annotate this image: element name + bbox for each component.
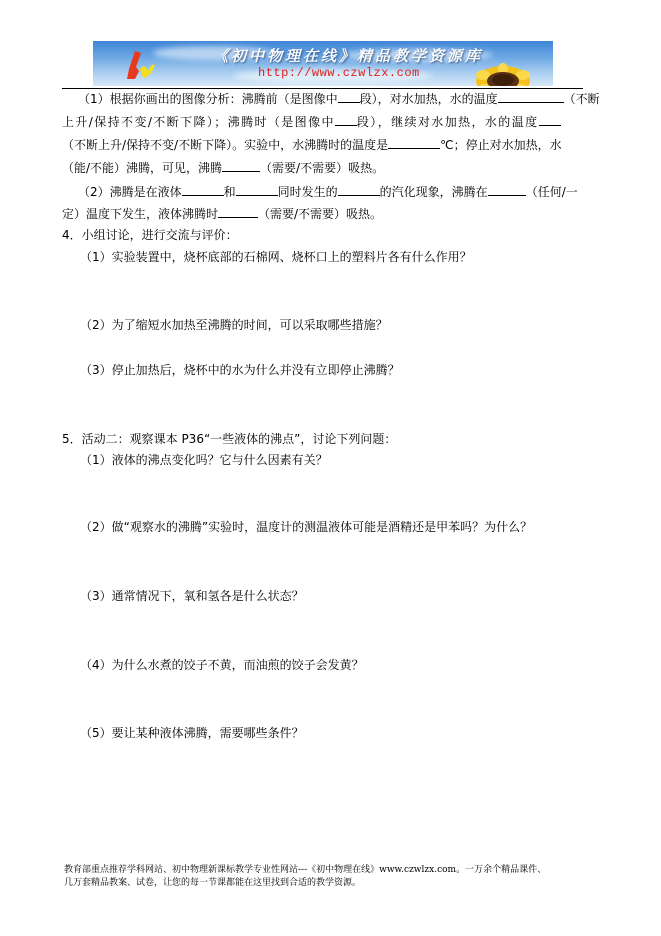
answer-blank[interactable] (222, 159, 260, 172)
section5-title: 5．活动二：观察课本 P36“一些液体的沸点”，讨论下列问题： (62, 431, 396, 447)
section5-question-1: （1）液体的沸点变化吗？它与什么因素有关？ (80, 452, 328, 468)
answer-blank[interactable] (338, 183, 380, 196)
text: （需要/不需要）吸热。 (258, 207, 382, 221)
answer-blank[interactable] (498, 90, 564, 103)
answer-blank[interactable] (539, 113, 561, 126)
footer-line-2: 几万套精品教案、试卷，让您的每一节课都能在这里找到合适的教学资源。 (64, 877, 361, 889)
sunflower-icon (473, 61, 533, 86)
text: ℃；停止对水加热，水 (440, 138, 561, 152)
banner-url: http://www.czwlzx.com (258, 66, 420, 80)
text: 段），对水加热，水的温度 (360, 92, 498, 106)
text: 上升/保持不变/不断下降）；沸腾时（是图像中 (62, 115, 335, 129)
header-rule (62, 88, 583, 89)
answer-blank[interactable] (388, 136, 440, 149)
text: （不断 (564, 92, 600, 106)
answer-blank[interactable] (218, 205, 258, 218)
section4-question-1: （1）实验装置中，烧杯底部的石棉网、烧杯口上的塑料片各有什么作用？ (80, 249, 472, 265)
text: 段），继续对水加热，水的温度 (357, 115, 539, 129)
q1-line-4: （能/不能）沸腾，可见，沸腾（需要/不需要）吸热。 (62, 159, 384, 176)
text: 同时发生的 (278, 185, 338, 199)
text: 定）温度下发生，液体沸腾时 (62, 207, 218, 221)
text: （需要/不需要）吸热。 (260, 161, 384, 175)
section4-question-3: （3）停止加热后，烧杯中的水为什么并没有立即停止沸腾？ (80, 362, 400, 378)
text: （2）沸腾是在液体 (78, 185, 182, 199)
header-banner: 《初中物理在线》精品教学资源库 http://www.czwlzx.com (93, 41, 553, 86)
section4-title: 4．小组讨论，进行交流与评价： (62, 227, 238, 243)
czwlzx-logo-icon (123, 49, 163, 81)
section5-question-3: （3）通常情况下，氧和氢各是什么状态？ (80, 588, 304, 604)
q2-line-1: （2）沸腾是在液体和同时发生的的汽化现象，沸腾在（任何/一 (78, 183, 578, 200)
text: （任何/一 (526, 185, 578, 199)
answer-blank[interactable] (182, 183, 224, 196)
text: （1）根据你画出的图像分析：沸腾前（是图像中 (78, 92, 338, 106)
banner-title: 《初中物理在线》精品教学资源库 (213, 45, 483, 66)
q1-line-3: （不断上升/保持不变/不断下降）。实验中，水沸腾时的温度是℃；停止对水加热，水 (62, 136, 562, 153)
section5-question-2: （2）做“观察水的沸腾”实验时，温度计的测温液体可能是酒精还是甲苯吗？为什么？ (80, 519, 532, 535)
q2-line-2: 定）温度下发生，液体沸腾时（需要/不需要）吸热。 (62, 205, 382, 222)
answer-blank[interactable] (488, 183, 526, 196)
answer-blank[interactable] (236, 183, 278, 196)
section5-question-4: （4）为什么水煮的饺子不黄，而油煎的饺子会发黄？ (80, 657, 364, 673)
footer-line-1: 教育部重点推荐学科网站、初中物理新课标教学专业性网站---《初中物理在线》www… (64, 864, 546, 876)
text: （能/不能）沸腾，可见，沸腾 (62, 161, 222, 175)
text: （不断上升/保持不变/不断下降）。实验中，水沸腾时的温度是 (62, 138, 388, 152)
q1-line-1: （1）根据你画出的图像分析：沸腾前（是图像中段），对水加热，水的温度（不断 (78, 90, 600, 107)
text: 和 (224, 185, 236, 199)
q1-line-2: 上升/保持不变/不断下降）；沸腾时（是图像中段），继续对水加热，水的温度 (62, 113, 561, 130)
answer-blank[interactable] (338, 90, 360, 103)
answer-blank[interactable] (335, 113, 357, 126)
text: 的汽化现象，沸腾在 (380, 185, 488, 199)
section5-question-5: （5）要让某种液体沸腾，需要哪些条件？ (80, 725, 304, 741)
section4-question-2: （2）为了缩短水加热至沸腾的时间，可以采取哪些措施？ (80, 317, 388, 333)
